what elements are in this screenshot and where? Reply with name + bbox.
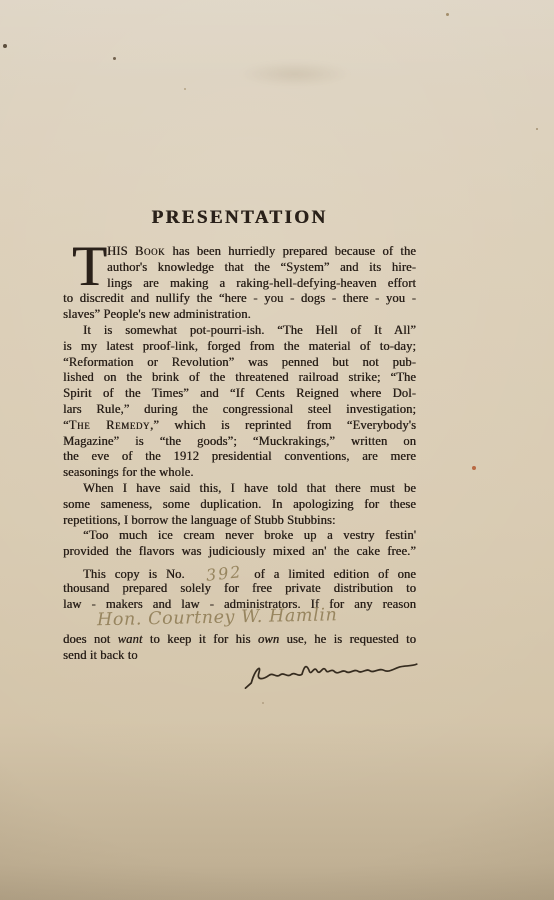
paragraph: THIS Book has been hurriedly prepared be… <box>63 244 416 323</box>
text-line: the eve of the 1912 presidential convent… <box>63 449 416 465</box>
text-line: “Too much ice cream never broke up a ves… <box>63 528 416 544</box>
text-line: repetitions, I borrow the language of St… <box>63 513 416 529</box>
text-line: It is somewhat pot-pourri-ish. “The Hell… <box>63 323 416 339</box>
text-line: HIS Book has been hurriedly prepared bec… <box>107 244 416 260</box>
drop-cap: T <box>63 244 107 290</box>
text-line: author's knowledge that the “System” and… <box>107 260 416 276</box>
text-line: “The Remedy,” which is reprinted from “E… <box>63 418 416 434</box>
paragraph: When I have said this, I have told that … <box>63 481 416 528</box>
ink-speck <box>262 702 264 704</box>
paragraph: “Too much ice cream never broke up a ves… <box>63 528 416 560</box>
text-line: “Reformation or Revolution” was penned b… <box>63 355 416 371</box>
body-text: THIS Book has been hurriedly prepared be… <box>63 244 416 664</box>
paper-smudge <box>215 56 375 92</box>
ink-speck <box>536 128 538 130</box>
author-signature <box>242 651 428 695</box>
text-line: is my latest proof-link, forged from the… <box>63 339 416 355</box>
ink-speck <box>472 466 476 470</box>
signature-scrawl <box>242 651 428 695</box>
handwritten-copy-number: 392 <box>185 565 243 581</box>
text-block: PRESENTATION THIS Book has been hurriedl… <box>63 207 416 664</box>
text-line: seasonings for the whole. <box>63 465 416 481</box>
text-line: does not want to keep it for his own use… <box>63 632 416 648</box>
text-line: lings are making a raking-hell-defying-h… <box>107 276 416 292</box>
text-line: Spirit of the Times” and “If Cents Reign… <box>63 386 416 402</box>
ink-speck <box>446 13 449 16</box>
text-line: to discredit and nullify the “here - you… <box>63 291 416 307</box>
paragraph: It is somewhat pot-pourri-ish. “The Hell… <box>63 323 416 481</box>
page-title: PRESENTATION <box>63 207 416 229</box>
paragraph: This copy is No.392 of a limited edition… <box>63 565 416 664</box>
text-line: provided the flavors was judiciously mix… <box>63 544 416 560</box>
book-page-photo: PRESENTATION THIS Book has been hurriedl… <box>0 0 554 900</box>
ink-speck <box>184 88 186 90</box>
ink-speck <box>113 57 116 60</box>
text-line: lished on the brink of the threatened ra… <box>63 370 416 386</box>
text-line: lars Rule,” during the congressional ste… <box>63 402 416 418</box>
text-line: This copy is No.392 of a limited edition… <box>63 565 416 581</box>
text-line: some sameness, some duplication. In apol… <box>63 497 416 513</box>
text-line: slaves” People's new administration. <box>63 307 416 323</box>
text-line: When I have said this, I have told that … <box>63 481 416 497</box>
ink-speck <box>3 44 7 48</box>
text-line: Magazine” is “the goods”; “Muckrakings,”… <box>63 434 416 450</box>
text-line: thousand prepared solely for free privat… <box>63 581 416 597</box>
